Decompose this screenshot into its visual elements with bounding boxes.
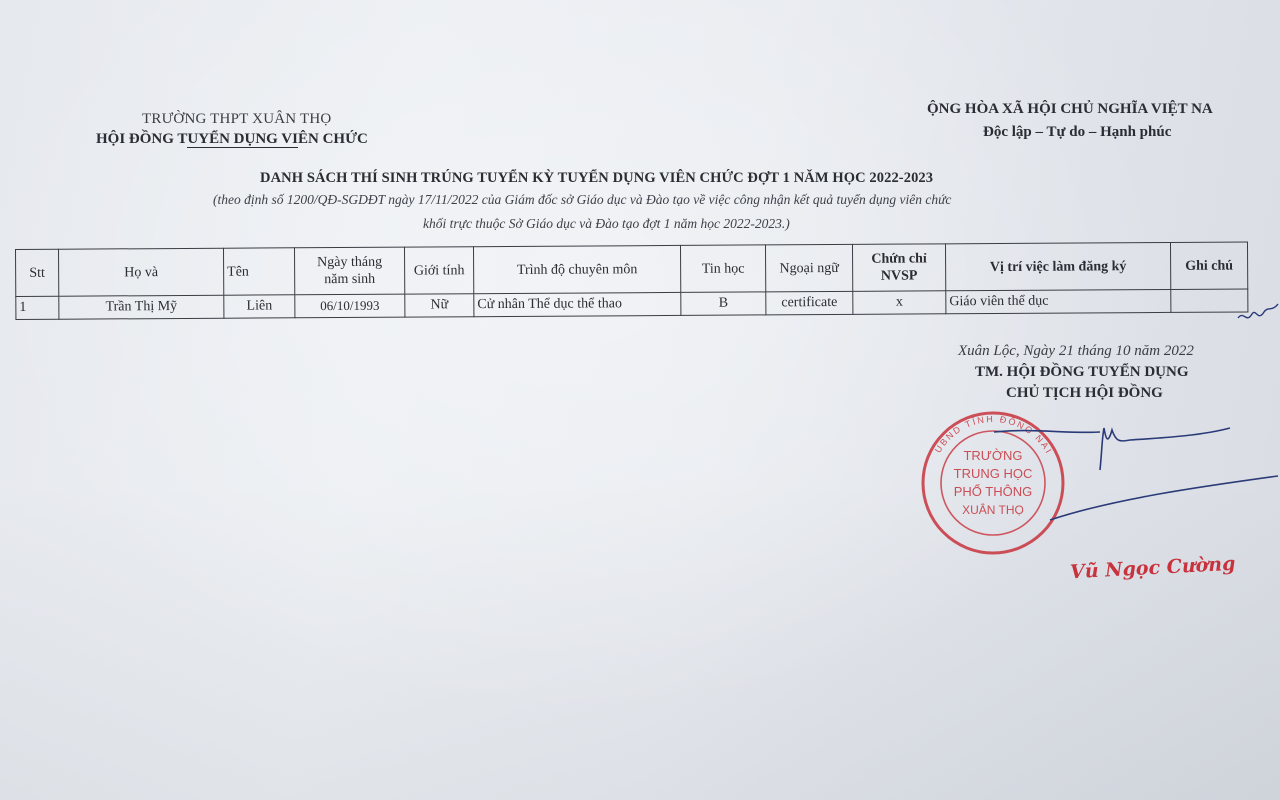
cell-dob: 06/10/1993 <box>295 294 405 318</box>
place-date: Xuân Lộc, Ngày 21 tháng 10 năm 2022 <box>958 343 1194 360</box>
document-title: DANH SÁCH THÍ SINH TRÚNG TUYỂN KỲ TUYỂN … <box>260 170 933 187</box>
col-dob: Ngày thángnăm sinh <box>294 247 404 295</box>
council-name: HỘI ĐỒNG TUYỂN DỤNG VIÊN CHỨC <box>96 131 368 148</box>
republic-heading: ỘNG HÒA XÃ HỘI CHỦ NGHĨA VIỆT NA <box>927 101 1213 118</box>
document-subtitle-line-1: (theo định số 1200/QĐ-SGDĐT ngày 17/11/2… <box>213 192 951 208</box>
document-subtitle-line-2: khối trực thuộc Sở Giáo dục và Đào tạo đ… <box>423 216 790 232</box>
cell-nvsp: x <box>853 291 946 315</box>
cell-it: B <box>681 292 766 316</box>
on-behalf-of: TM. HỘI ĐỒNG TUYỂN DỤNG <box>975 364 1189 381</box>
candidate-table: Stt Họ và Tên Ngày thángnăm sinh Giới tí… <box>15 241 1248 320</box>
school-name: TRƯỜNG THPT XUÂN THỌ <box>142 111 331 128</box>
cell-ten: Liên <box>224 295 295 318</box>
col-note: Ghi chú <box>1170 242 1247 289</box>
council-part-3: ÊN CHỨC <box>298 131 368 147</box>
col-stt: Stt <box>16 249 59 296</box>
cell-foreign-language: certificate <box>766 291 853 315</box>
national-motto: Độc lập – Tự do – Hạnh phúc <box>983 124 1171 141</box>
col-foreign-language: Ngoại ngữ <box>765 244 852 292</box>
col-nvsp: Chứn chỉNVSP <box>852 244 945 292</box>
council-part-1: HỘI ĐỒNG T <box>96 131 187 147</box>
table-header-row: Stt Họ và Tên Ngày thángnăm sinh Giới tí… <box>16 242 1248 297</box>
col-qualification: Trình độ chuyên môn <box>473 245 680 293</box>
cell-position: Giáo viên thể dục <box>946 289 1171 313</box>
col-gender: Giới tính <box>404 247 473 294</box>
council-part-2: UYỂN DỤNG VI <box>187 131 298 148</box>
cell-gender: Nữ <box>405 294 474 317</box>
cell-qualification: Cử nhân Thể dục thể thao <box>474 292 681 316</box>
signature-icon <box>990 420 1280 540</box>
cell-ho-va: Trần Thị Mỹ <box>59 295 224 319</box>
col-ten: Tên <box>223 248 294 295</box>
col-ho-va: Họ và <box>59 248 224 296</box>
pen-mark-icon <box>1236 298 1280 328</box>
col-it: Tin học <box>680 245 765 293</box>
signer-name: Vũ Ngọc Cường <box>1070 553 1236 584</box>
chair-title: CHỦ TỊCH HỘI ĐỒNG <box>1006 385 1163 402</box>
col-position: Vị trí việc làm đăng ký <box>945 242 1170 290</box>
cell-stt: 1 <box>16 296 59 319</box>
